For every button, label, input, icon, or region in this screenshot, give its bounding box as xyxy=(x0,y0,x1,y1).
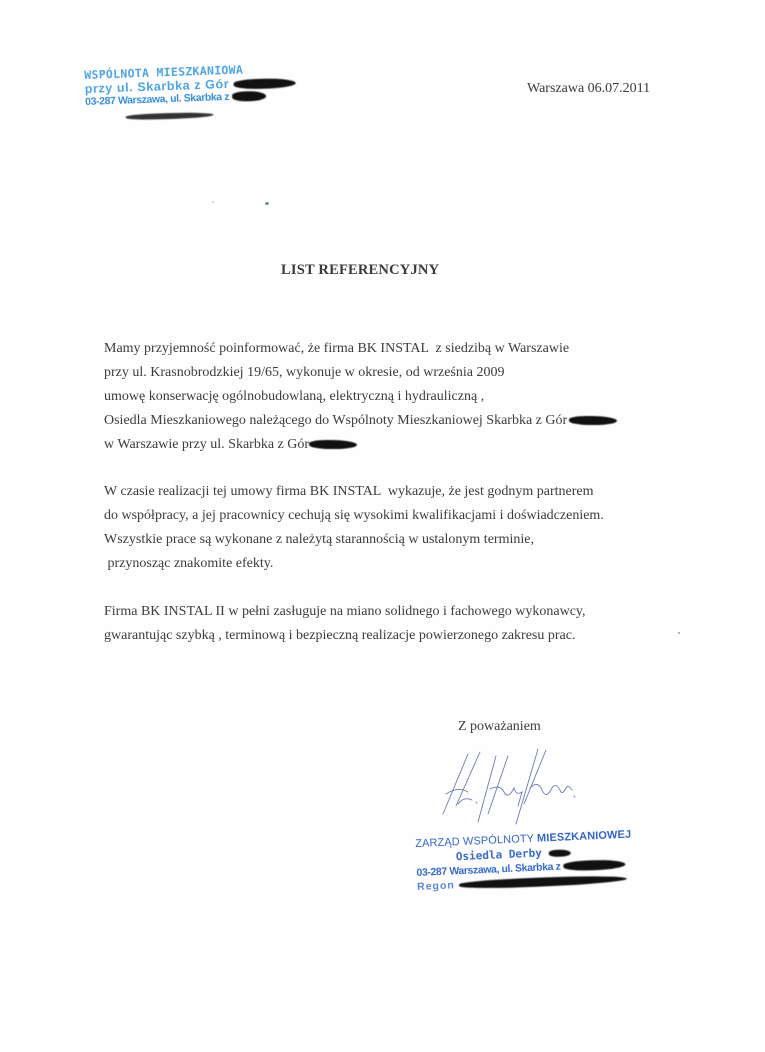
paragraph-line: Firma BK INSTAL II w pełni zasługuje na … xyxy=(104,600,586,624)
paragraph-1: Mamy przyjemność poinformować, że firma … xyxy=(104,337,617,457)
paragraph-line: W czasie realizacji tej umowy firma BK I… xyxy=(104,480,604,504)
redaction-mark xyxy=(309,440,357,449)
paragraph-line: przy ul. Krasnobrodzkiej 19/65, wykonuje… xyxy=(104,361,617,385)
paragraph-2: W czasie realizacji tej umowy firma BK I… xyxy=(104,480,604,576)
redaction-mark xyxy=(548,849,570,857)
paragraph-line: Osiedla Mieszkaniowego należącego do Wsp… xyxy=(104,409,617,433)
redaction-mark xyxy=(126,112,214,121)
redaction-mark xyxy=(233,77,295,89)
paragraph-line: Wszystkie prace są wykonane z należytą s… xyxy=(104,528,604,552)
paragraph-line: przynosząc znakomite efekty. xyxy=(104,552,604,576)
paragraph-line: gwarantując szybką , terminową i bezpiec… xyxy=(104,624,586,648)
paragraph-line: umowę konserwację ogólnobudowlaną, elekt… xyxy=(104,385,617,409)
paragraph-line: w Warszawie przy ul. Skarbka z Gór xyxy=(104,433,617,457)
paragraph-3: Firma BK INSTAL II w pełni zasługuje na … xyxy=(104,600,586,648)
scan-speck xyxy=(265,202,269,205)
document-page: WSPÓLNOTA MIESZKANIOWA przy ul. Skarbka … xyxy=(0,0,765,1052)
sender-stamp: WSPÓLNOTA MIESZKANIOWA przy ul. Skarbka … xyxy=(84,61,297,128)
scan-speck xyxy=(212,201,214,203)
letter-title: LIST REFERENCYJNY xyxy=(281,262,439,279)
sender-stamp-line4 xyxy=(125,103,296,127)
redaction-mark xyxy=(231,91,265,102)
board-stamp: ZARZĄD WSPÓLNOTY MIESZKANIOWEJ Osiedla D… xyxy=(415,829,633,893)
redaction-mark xyxy=(563,859,625,872)
signature-icon xyxy=(438,744,588,829)
paragraph-line: Mamy przyjemność poinformować, że firma … xyxy=(104,337,617,361)
letter-date: Warszawa 06.07.2011 xyxy=(527,81,650,97)
paragraph-line: do współpracy, a jej pracownicy cechują … xyxy=(104,504,604,528)
closing-salutation: Z poważaniem xyxy=(458,719,541,735)
scan-speck xyxy=(678,632,680,634)
redaction-mark xyxy=(569,416,617,425)
